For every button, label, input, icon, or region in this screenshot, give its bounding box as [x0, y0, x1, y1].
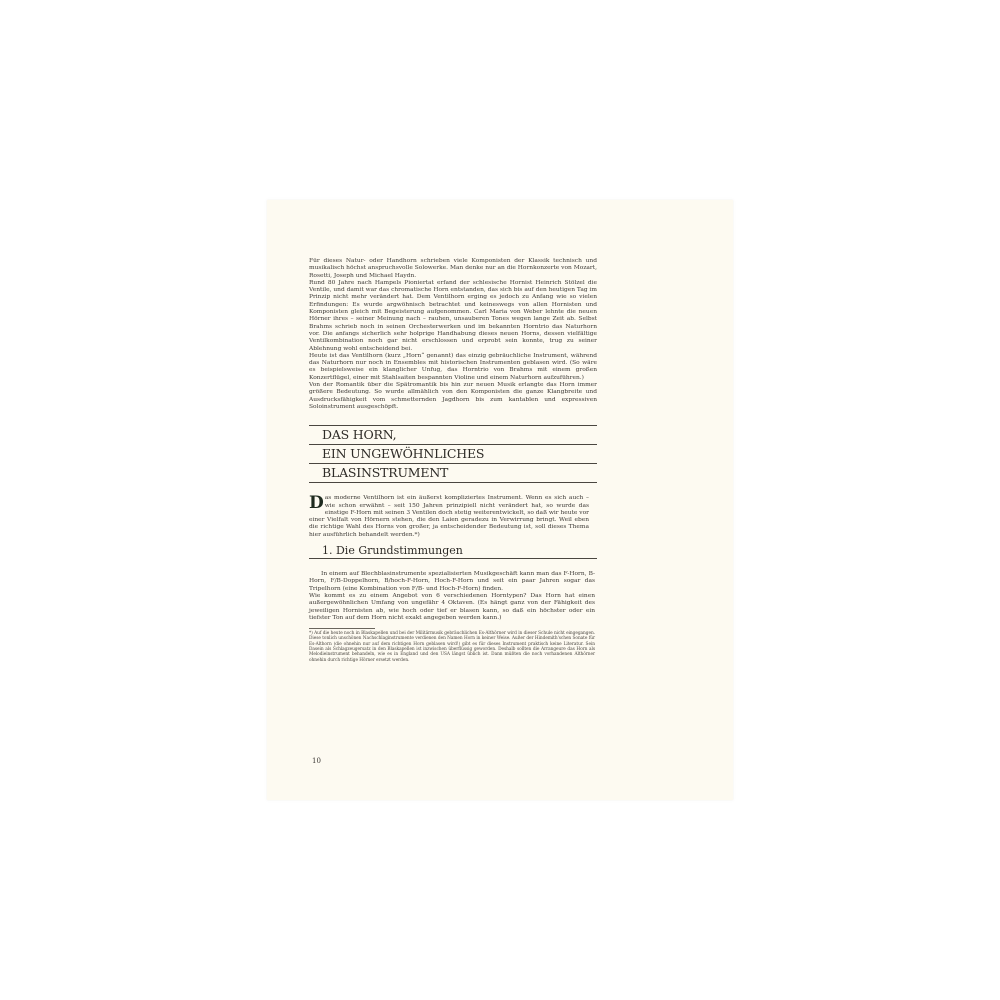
page-number: 10 — [312, 757, 321, 765]
section-heading: DAS HORN, EIN UNGEWÖHNLICHES BLASINSTRUM… — [309, 425, 597, 483]
paragraph: Rund 80 Jahre nach Hampels Pioniertat er… — [309, 280, 597, 353]
paragraph: Heute ist das Ventilhorn (kurz „Horn“ ge… — [309, 353, 597, 382]
intro-text: Für dieses Natur- oder Handhorn schriebe… — [309, 258, 597, 411]
page-content: Für dieses Natur- oder Handhorn schriebe… — [309, 258, 564, 663]
heading-line: DAS HORN, — [309, 426, 597, 444]
footnote-divider — [309, 628, 375, 629]
section-lead-paragraph: Das moderne Ventilhorn ist ein äußerst k… — [309, 495, 589, 539]
drop-cap: D — [309, 496, 324, 510]
paragraph: Für dieses Natur- oder Handhorn schriebe… — [309, 258, 597, 280]
book-page: Für dieses Natur- oder Handhorn schriebe… — [267, 200, 733, 800]
paragraph: Von der Romantik über die Spätromantik b… — [309, 382, 597, 411]
heading-line: EIN UNGEWÖHNLICHES — [309, 445, 597, 463]
heading-rule — [309, 482, 597, 483]
paragraph: In einem auf Blechblasinstrumente spezia… — [309, 571, 595, 593]
footnote: *) Auf die heute noch in Blaskapellen un… — [309, 631, 595, 663]
lead-text: as moderne Ventilhorn ist ein äußerst ko… — [309, 495, 589, 537]
heading-line: BLASINSTRUMENT — [309, 464, 597, 482]
subsection-heading: 1. Die Grundstimmungen — [309, 544, 597, 559]
subsection-body: In einem auf Blechblasinstrumente spezia… — [309, 571, 595, 622]
paragraph: Wie kommt es zu einem Angebot von 6 vers… — [309, 593, 595, 622]
subsection-rule — [309, 558, 597, 559]
subsection-title: 1. Die Grundstimmungen — [309, 544, 597, 558]
